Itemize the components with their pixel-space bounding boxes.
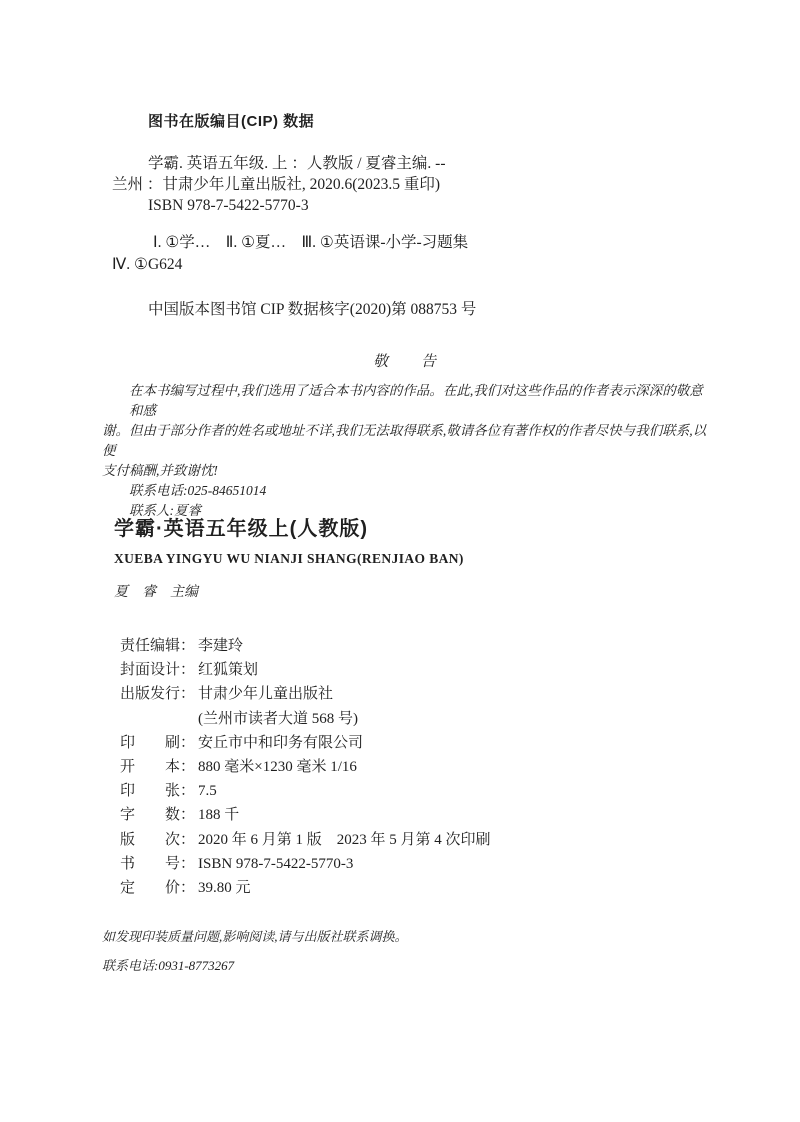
colophon-value: 红狐策划: [198, 662, 258, 678]
colophon-value: 安丘市中和印务有限公司: [198, 735, 363, 751]
colophon-value: 188 千: [198, 807, 239, 823]
cip-entry-block: 学霸. 英语五年级. 上 ：人教版 / 夏睿主编. -- 兰州 ：甘肃少年儿童出…: [112, 153, 446, 216]
notice-phone: 联系电话:025-84651014: [102, 481, 708, 501]
colophon-row-format: 开 本：880 毫米×1230 毫米 1/16: [120, 755, 491, 779]
cip-record-line: 中国版本图书馆 CIP 数据核字(2020)第 088753 号: [148, 297, 476, 319]
book-title: 学霸·英语五年级上(人教版): [114, 512, 368, 541]
colophon-value: 39.80 元: [198, 880, 251, 896]
colophon-value: (兰州市读者大道 568 号): [198, 711, 358, 727]
colophon-value: 李建玲: [198, 638, 243, 654]
colophon-value: ISBN 978-7-5422-5770-3: [198, 856, 353, 872]
cip-classification-block: Ⅰ. ①学… Ⅱ. ①夏… Ⅲ. ①英语课-小学-习题集 Ⅳ. ①G624: [112, 232, 468, 276]
colophon-label: 印 张：: [120, 779, 198, 803]
colophon-row-edition: 版 次：2020 年 6 月第 1 版 2023 年 5 月第 4 次印刷: [120, 828, 491, 852]
footer-phone-line: 联系电话:0931-8773267: [102, 951, 408, 980]
colophon-label: 版 次：: [120, 828, 198, 852]
colophon-row-editor: 责任编辑：李建玲: [120, 634, 491, 658]
book-editor: 夏 睿 主编: [114, 581, 198, 601]
cip-entry-line: 兰州 ：甘肃少年儿童出版社, 2020.6(2023.5 重印): [112, 174, 446, 195]
colophon-value: 880 毫米×1230 毫米 1/16: [198, 759, 357, 775]
colophon-row-sheets: 印 张：7.5: [120, 779, 491, 803]
footer-quality-line: 如发现印装质量问题,影响阅读,请与出版社联系调换。: [102, 922, 408, 951]
notice-line: 在本书编写过程中,我们选用了适合本书内容的作品。在此,我们对这些作品的作者表示深…: [102, 381, 708, 421]
footer-note: 如发现印装质量问题,影响阅读,请与出版社联系调换。 联系电话:0931-8773…: [102, 922, 408, 980]
colophon-label: 开 本：: [120, 755, 198, 779]
colophon-row-publisher: 出版发行：甘肃少年儿童出版社: [120, 682, 491, 706]
notice-line: 支付稿酬,并致谢忱!: [102, 461, 708, 481]
book-pinyin: XUEBA YINGYU WU NIANJI SHANG(RENJIAO BAN…: [114, 551, 464, 567]
colophon-label: 出版发行：: [120, 682, 198, 706]
colophon-value: 甘肃少年儿童出版社: [198, 686, 333, 702]
colophon-row-address: (兰州市读者大道 568 号): [120, 707, 491, 731]
colophon-row-price: 定 价：39.80 元: [120, 876, 491, 900]
colophon-value: 2020 年 6 月第 1 版 2023 年 5 月第 4 次印刷: [198, 832, 491, 848]
colophon-label: 印 刷：: [120, 731, 198, 755]
colophon-row-cover-design: 封面设计：红狐策划: [120, 658, 491, 682]
colophon-label: 书 号：: [120, 852, 198, 876]
cip-entry-line: 学霸. 英语五年级. 上 ：人教版 / 夏睿主编. --: [112, 153, 446, 174]
colophon-row-word-count: 字 数：188 千: [120, 803, 491, 827]
cip-isbn-line: ISBN 978-7-5422-5770-3: [112, 195, 446, 216]
colophon-label: 封面设计：: [120, 658, 198, 682]
colophon-label: 定 价：: [120, 876, 198, 900]
notice-title: 敬 告: [102, 352, 708, 372]
colophon-row-printer: 印 刷：安丘市中和印务有限公司: [120, 731, 491, 755]
colophon-block: 责任编辑：李建玲 封面设计：红狐策划 出版发行：甘肃少年儿童出版社 (兰州市读者…: [120, 634, 491, 900]
notice-line: 谢。但由于部分作者的姓名或地址不详,我们无法取得联系,敬请各位有著作权的作者尽快…: [102, 421, 708, 461]
colophon-label: 责任编辑：: [120, 634, 198, 658]
colophon-value: 7.5: [198, 783, 217, 799]
copyright-page: 图书在版编目(CIP) 数据 学霸. 英语五年级. 上 ：人教版 / 夏睿主编.…: [0, 0, 800, 1122]
colophon-label: 字 数：: [120, 803, 198, 827]
cip-header: 图书在版编目(CIP) 数据: [148, 110, 314, 131]
notice-section: 敬 告 在本书编写过程中,我们选用了适合本书内容的作品。在此,我们对这些作品的作…: [102, 352, 708, 521]
cip-class-line: Ⅰ. ①学… Ⅱ. ①夏… Ⅲ. ①英语课-小学-习题集: [112, 232, 468, 254]
cip-class-line: Ⅳ. ①G624: [112, 254, 468, 276]
colophon-row-isbn: 书 号：ISBN 978-7-5422-5770-3: [120, 852, 491, 876]
